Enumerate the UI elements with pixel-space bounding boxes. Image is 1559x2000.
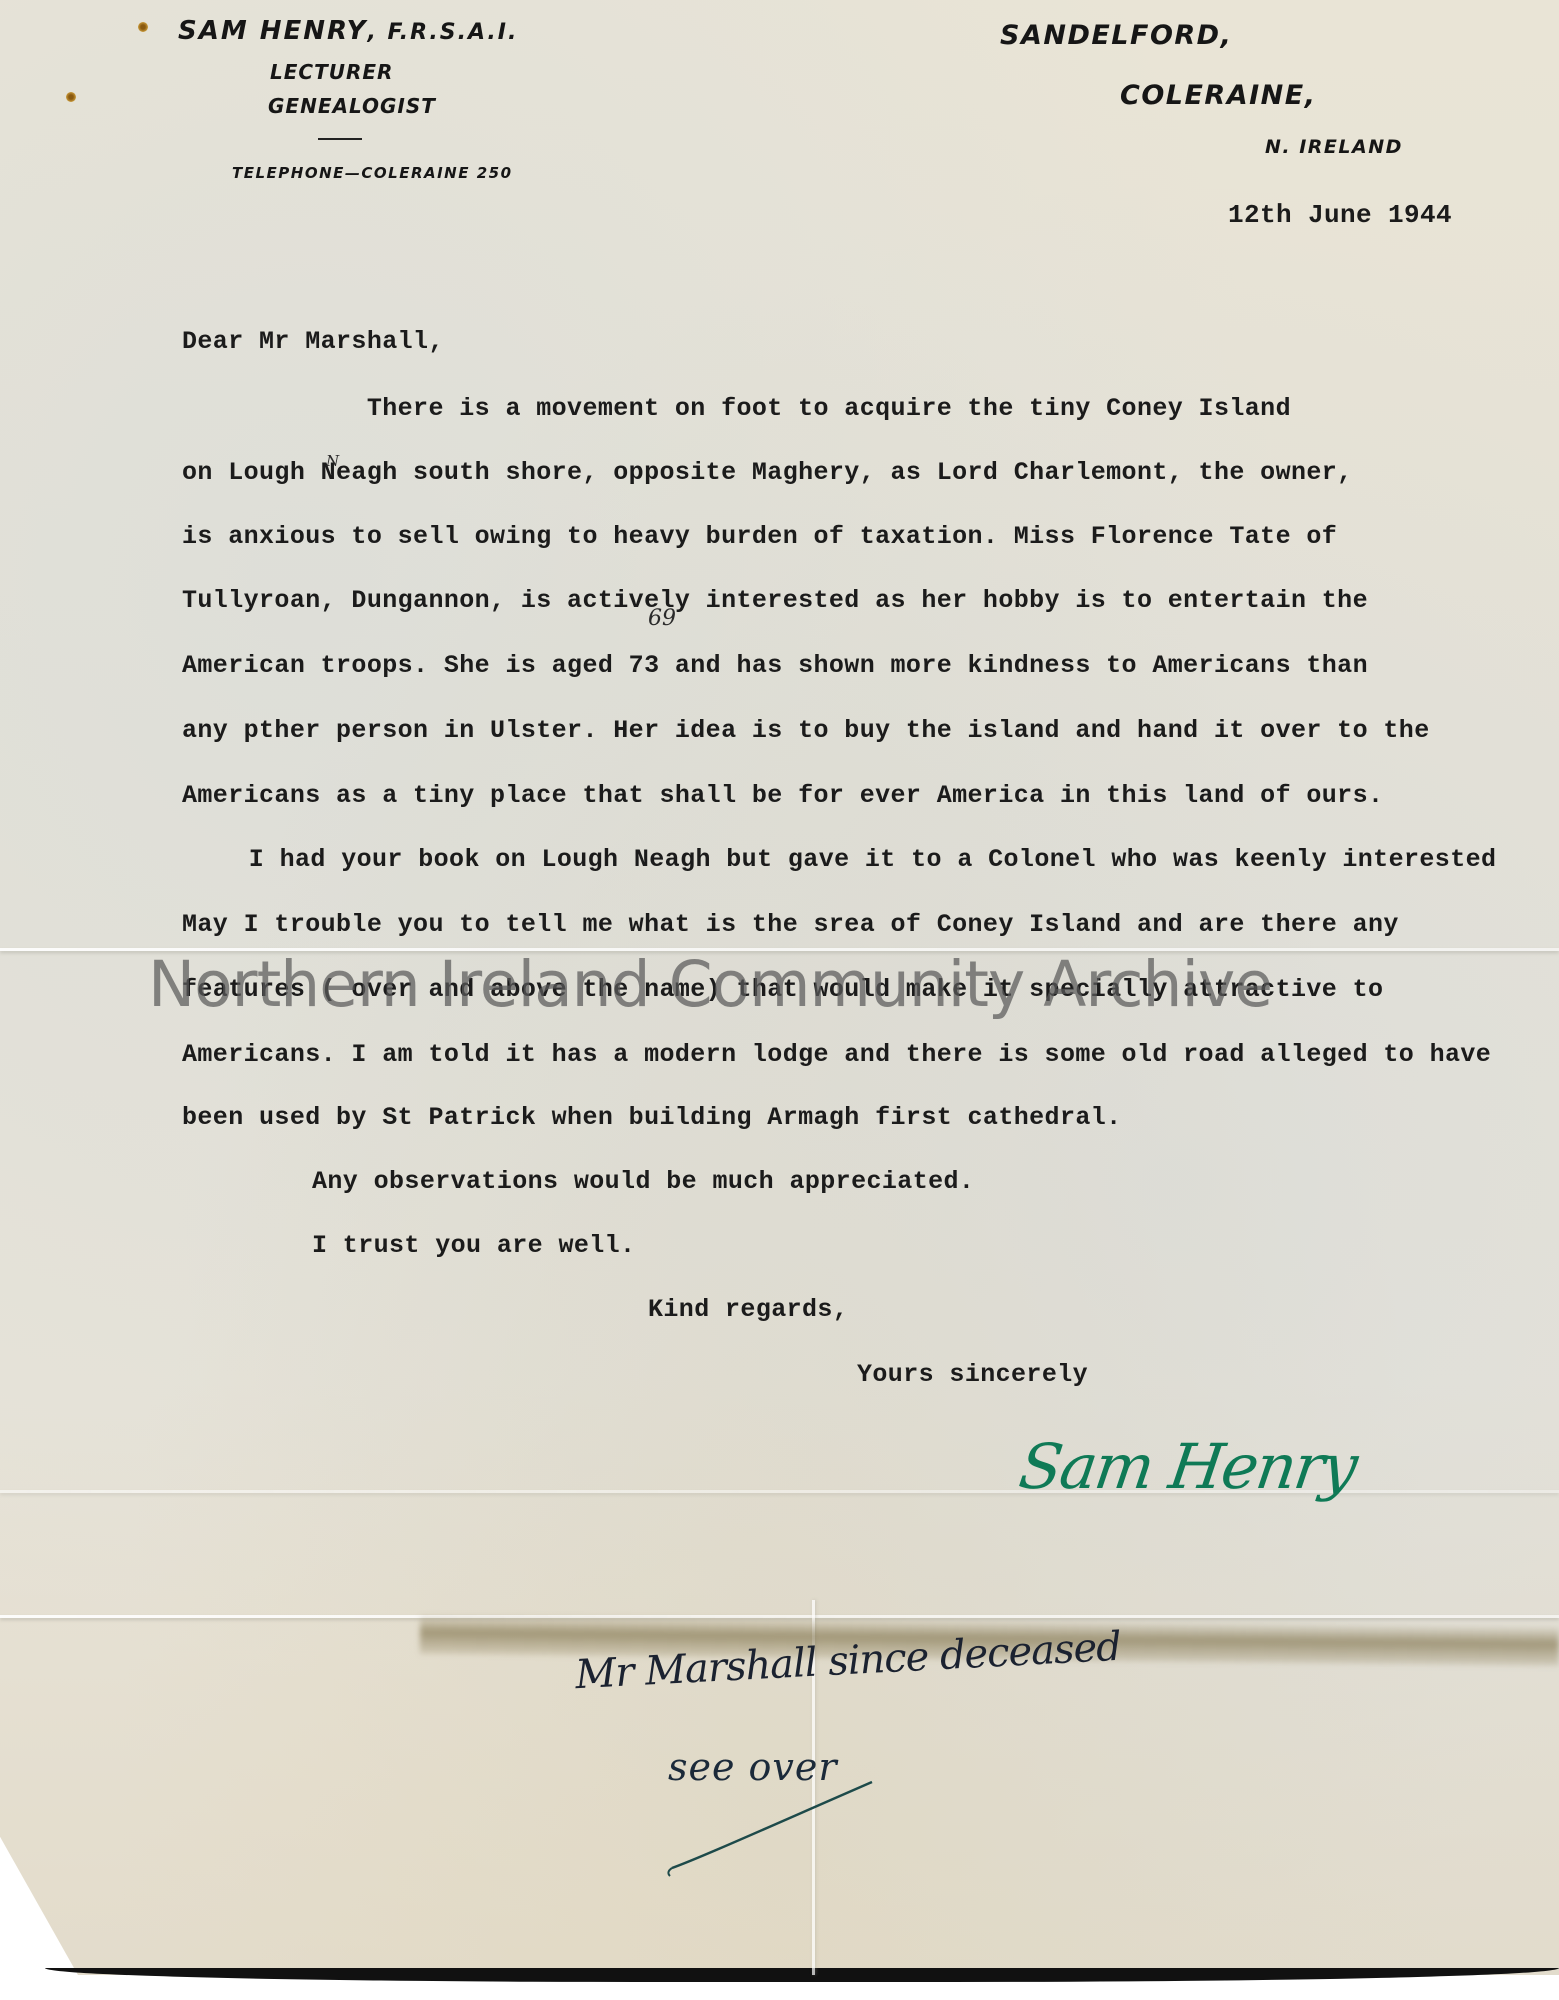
handwritten-underline	[0, 0, 1559, 2000]
